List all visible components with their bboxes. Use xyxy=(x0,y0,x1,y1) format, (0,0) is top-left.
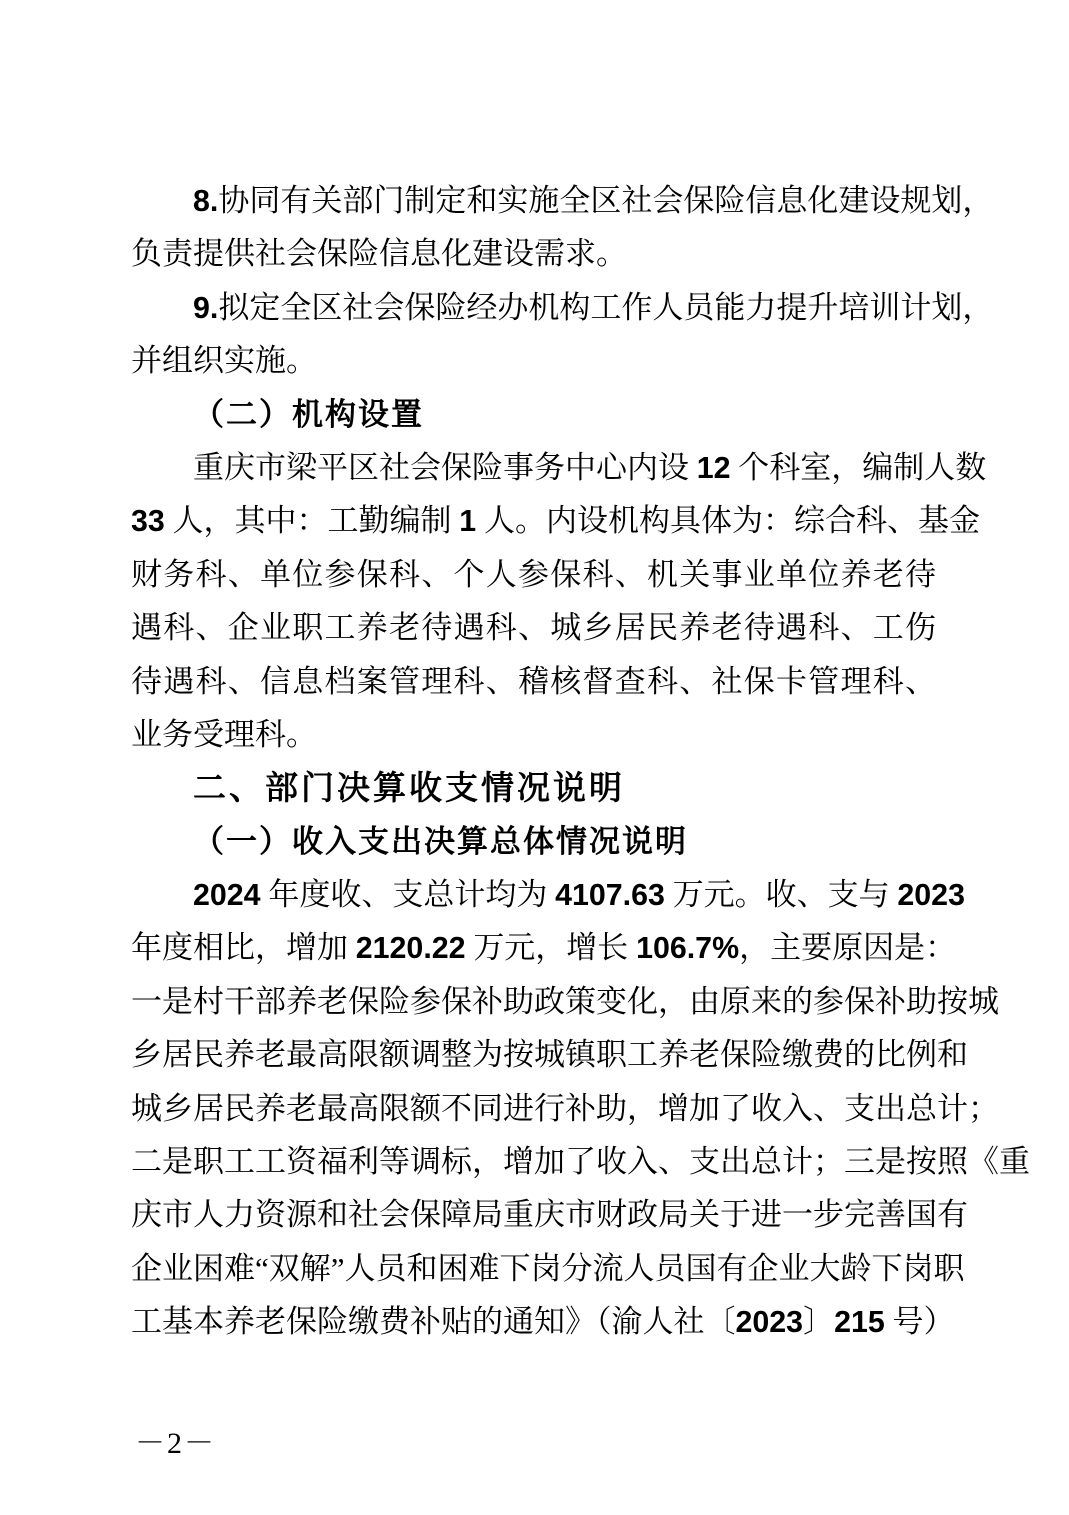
cjk-text: 〕 xyxy=(803,1304,834,1339)
text-line: 一是村干部养老保险参保补助政策变化，由原来的参保补助按城 xyxy=(131,975,936,1028)
numeric-text: 4107.63 xyxy=(555,878,665,912)
document-page: 8.协同有关部门制定和实施全区社会保险信息化建设规划，负责提供社会保险信息化建设… xyxy=(0,0,1069,1515)
cjk-text: 工基本养老保险缴费补贴的通知》（渝人社〔 xyxy=(131,1304,736,1339)
text-line: 城乡居民养老最高限额不同进行补助，增加了收入、支出总计； xyxy=(131,1082,936,1135)
cjk-text: 二、部门决算收支情况说明 xyxy=(193,769,625,806)
text-line: 待遇科、信息档案管理科、稽核督查科、社保卡管理科、 xyxy=(131,655,936,708)
numeric-text: 33 xyxy=(131,504,165,538)
text-line: 负责提供社会保险信息化建设需求。 xyxy=(131,227,936,280)
cjk-text: 人。内设机构具体为：综合科、基金 xyxy=(476,503,980,538)
text-line: 业务受理科。 xyxy=(131,708,936,761)
text-line: 33 人，其中：工勤编制 1 人。内设机构具体为：综合科、基金 xyxy=(131,494,936,547)
subsection-heading: （一）收入支出决算总体情况说明 xyxy=(131,815,936,868)
cjk-text: 一是村干部养老保险参保补助政策变化，由原来的参保补助按城 xyxy=(131,984,999,1019)
cjk-text: 负责提供社会保险信息化建设需求。 xyxy=(131,236,627,271)
text-line: 财务科、单位参保科、个人参保科、机关事业单位养老待 xyxy=(131,548,936,601)
cjk-text: 万元。收、支与 xyxy=(665,877,898,912)
text-line: 重庆市梁平区社会保险事务中心内设 12 个科室，编制人数 xyxy=(131,441,936,494)
text-line: 工基本养老保险缴费补贴的通知》（渝人社〔2023〕215 号） xyxy=(131,1295,936,1348)
cjk-text: 人，其中：工勤编制 xyxy=(165,503,460,538)
numeric-text: 106.7% xyxy=(636,931,739,965)
cjk-text: ，主要原因是： xyxy=(739,930,956,965)
numeric-text: 9. xyxy=(193,291,218,325)
cjk-text: 乡居民养老最高限额调整为按城镇职工养老保险缴费的比例和 xyxy=(131,1037,968,1072)
cjk-text: 重庆市梁平区社会保险事务中心内设 xyxy=(193,450,697,485)
text-line: 9.拟定全区社会保险经办机构工作人员能力提升培训计划， xyxy=(131,281,936,334)
cjk-text: （二）机构设置 xyxy=(193,397,424,432)
cjk-text: 企业困难“双解”人员和困难下岗分流人员国有企业大龄下岗职 xyxy=(131,1251,965,1286)
numeric-text: 2120.22 xyxy=(356,931,466,965)
section-heading: 二、部门决算收支情况说明 xyxy=(131,761,936,814)
text-line: 乡居民养老最高限额调整为按城镇职工养老保险缴费的比例和 xyxy=(131,1028,936,1081)
cjk-text: 个科室，编制人数 xyxy=(731,450,987,485)
cjk-text: 业务受理科。 xyxy=(131,717,317,752)
cjk-text: 庆市人力资源和社会保障局重庆市财政局关于进一步完善国有 xyxy=(131,1197,968,1232)
cjk-text: 年度收、支总计均为 xyxy=(261,877,556,912)
text-line: 并组织实施。 xyxy=(131,334,936,387)
numeric-text: 215 xyxy=(834,1305,885,1339)
text-line: 二是职工工资福利等调标，增加了收入、支出总计；三是按照《重 xyxy=(131,1135,936,1188)
cjk-text: 财务科、单位参保科、个人参保科、机关事业单位养老待 xyxy=(131,557,936,592)
numeric-text: 2023 xyxy=(736,1305,804,1339)
text-line: 8.协同有关部门制定和实施全区社会保险信息化建设规划， xyxy=(131,174,936,227)
text-line: 庆市人力资源和社会保障局重庆市财政局关于进一步完善国有 xyxy=(131,1188,936,1241)
cjk-text: 号） xyxy=(885,1304,955,1339)
text-line: 年度相比，增加 2120.22 万元，增长 106.7%，主要原因是： xyxy=(131,921,936,974)
subsection-heading: （二）机构设置 xyxy=(131,388,936,441)
numeric-text: 2024 xyxy=(193,878,261,912)
cjk-text: 年度相比，增加 xyxy=(131,930,356,965)
cjk-text: 城乡居民养老最高限额不同进行补助，增加了收入、支出总计； xyxy=(131,1091,999,1126)
numeric-text: 8. xyxy=(193,184,218,218)
cjk-text: 二是职工工资福利等调标，增加了收入、支出总计；三是按照《重 xyxy=(131,1144,1030,1179)
cjk-text: （一）收入支出决算总体情况说明 xyxy=(193,824,688,859)
document-body: 8.协同有关部门制定和实施全区社会保险信息化建设规划，负责提供社会保险信息化建设… xyxy=(131,174,936,1349)
text-line: 企业困难“双解”人员和困难下岗分流人员国有企业大龄下岗职 xyxy=(131,1242,936,1295)
cjk-text: 待遇科、信息档案管理科、稽核督查科、社保卡管理科、 xyxy=(131,664,936,699)
cjk-text: 拟定全区社会保险经办机构工作人员能力提升培训计划， xyxy=(218,290,993,325)
cjk-text: 遇科、企业职工养老待遇科、城乡居民养老待遇科、工伤 xyxy=(131,610,936,645)
numeric-text: 2023 xyxy=(897,878,965,912)
text-line: 2024 年度收、支总计均为 4107.63 万元。收、支与 2023 xyxy=(131,868,936,921)
page-number: －2－ xyxy=(135,1418,216,1462)
cjk-text: 并组织实施。 xyxy=(131,343,317,378)
numeric-text: 12 xyxy=(697,451,731,485)
cjk-text: 协同有关部门制定和实施全区社会保险信息化建设规划， xyxy=(218,183,993,218)
cjk-text: 万元，增长 xyxy=(466,930,637,965)
text-line: 遇科、企业职工养老待遇科、城乡居民养老待遇科、工伤 xyxy=(131,601,936,654)
numeric-text: 1 xyxy=(459,504,476,538)
